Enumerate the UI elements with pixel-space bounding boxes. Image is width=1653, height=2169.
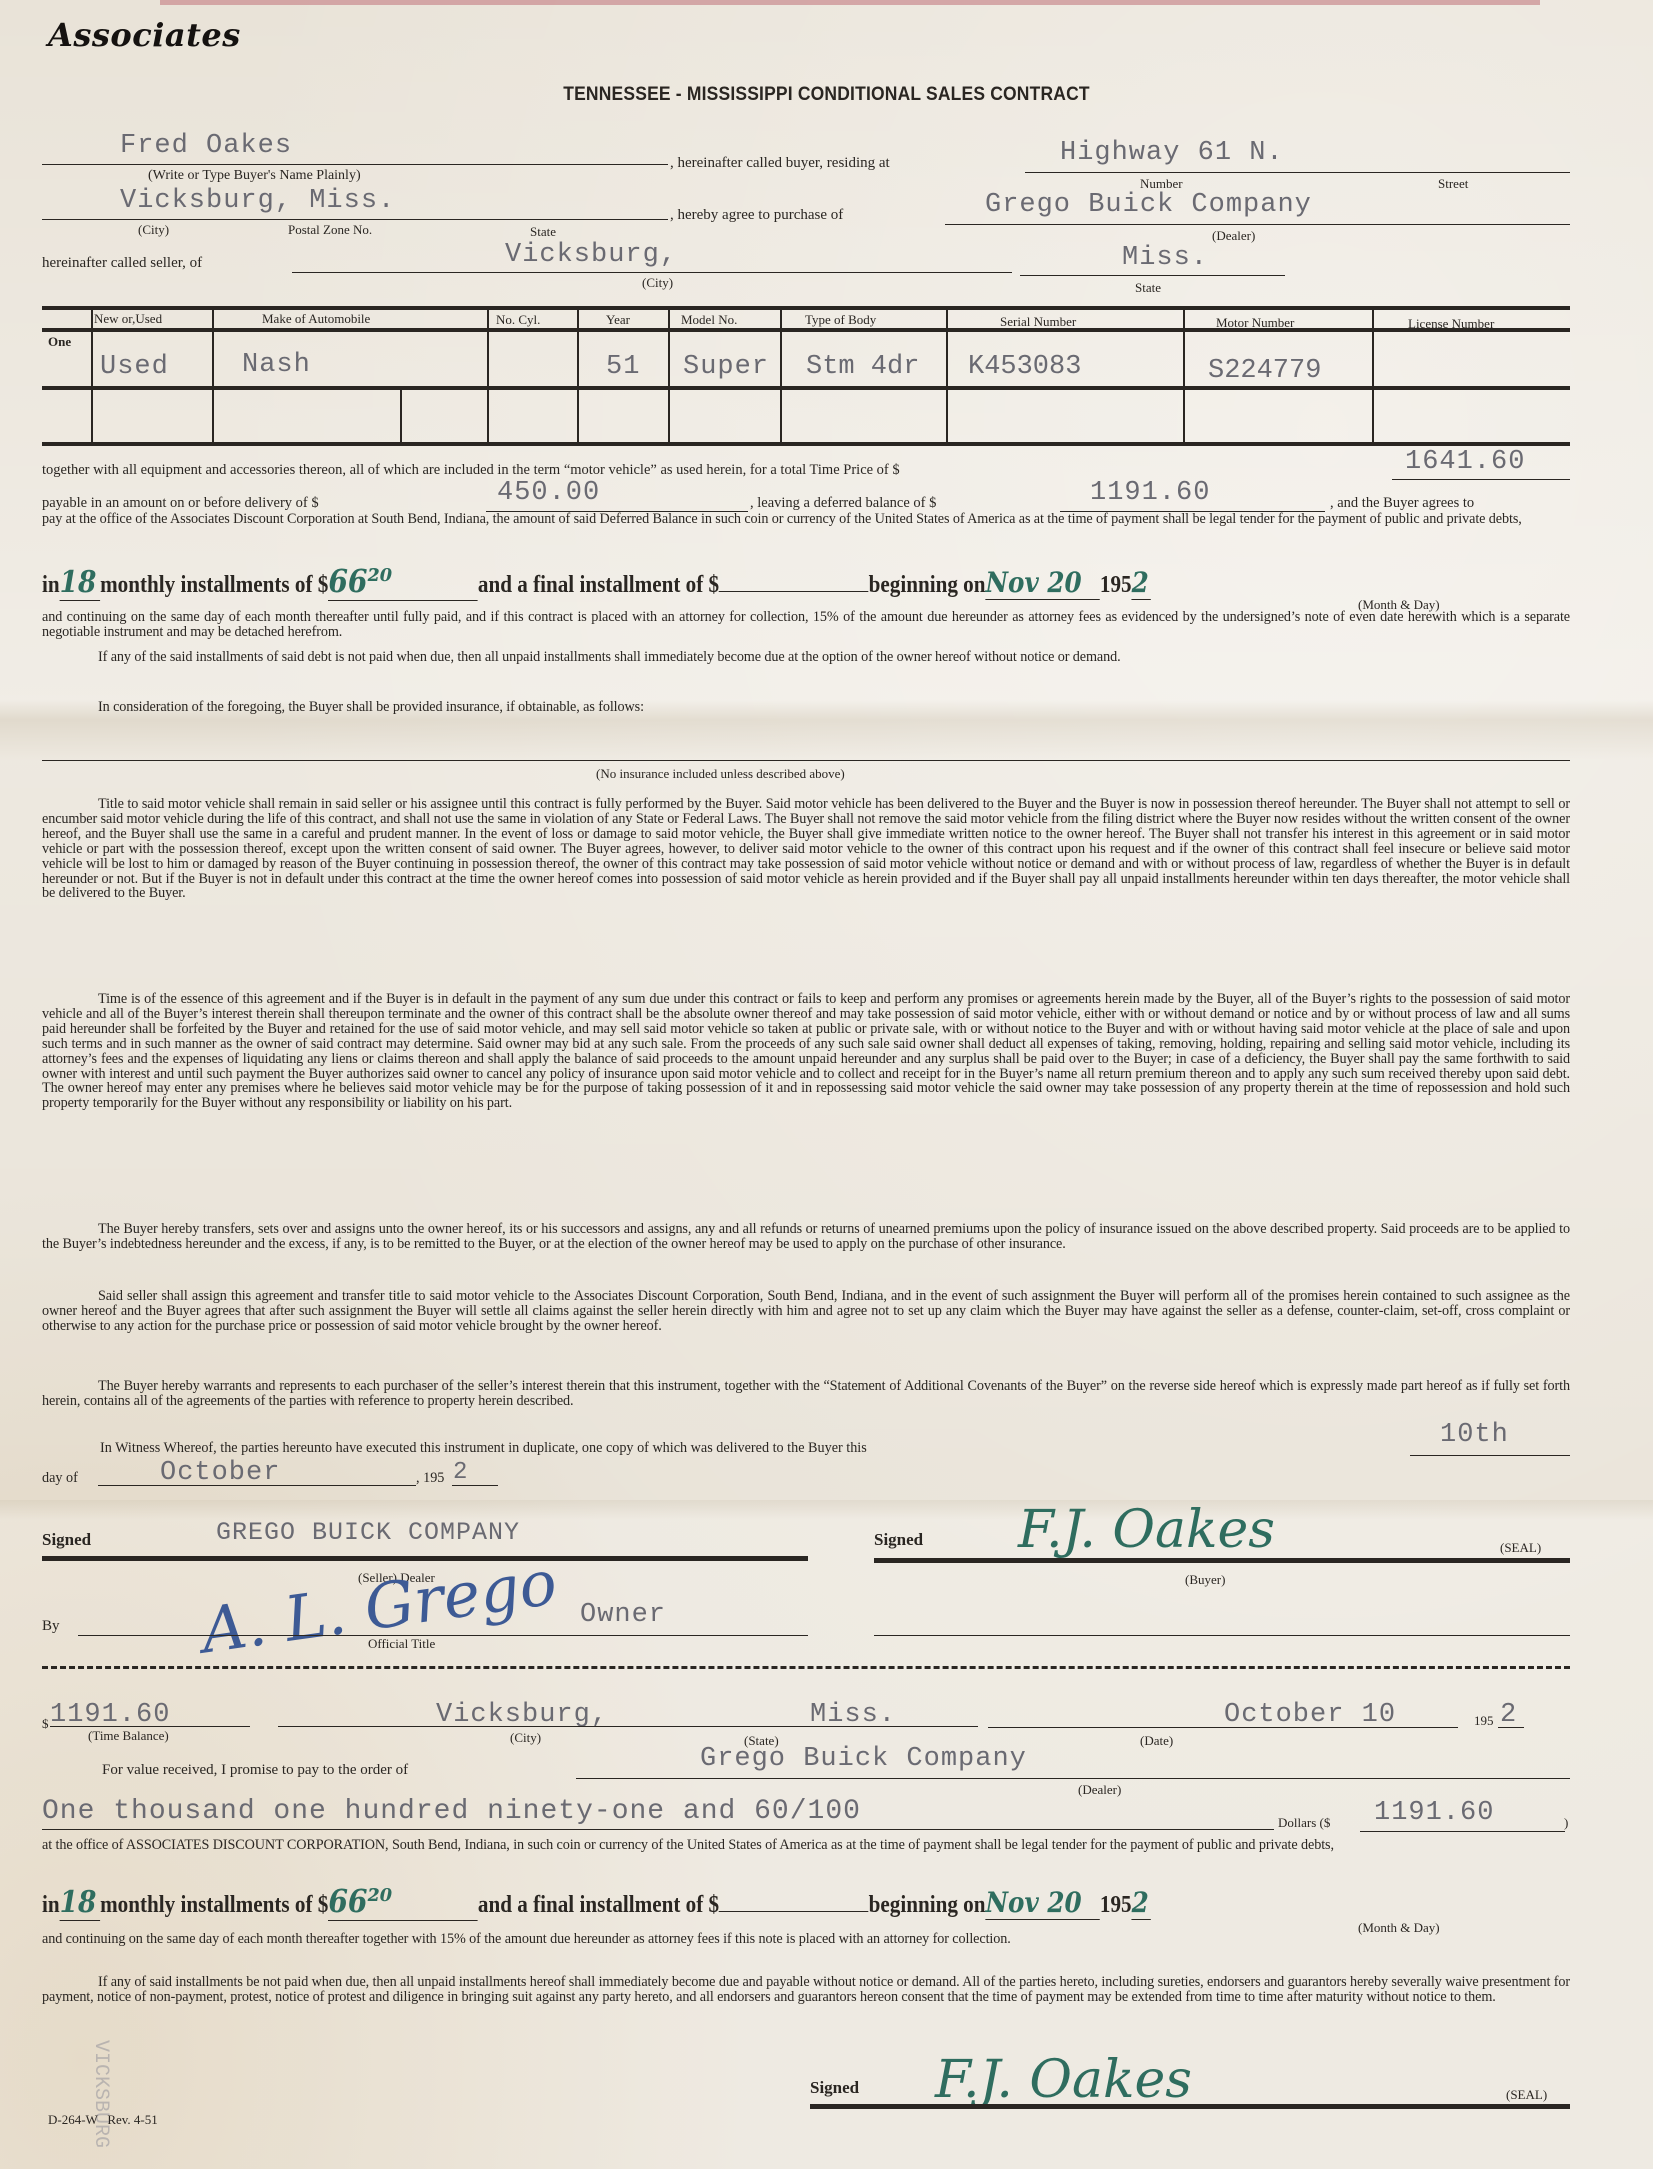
vicksburg-stamp: VICKSBURG [89,2040,112,2148]
note-office-text: at the office of ASSOCIATES DISCOUNT COR… [42,1838,1570,1853]
buyer-signature-line [874,1558,1570,1563]
time-balance-caption: (Time Balance) [88,1728,169,1744]
time-price-label: together with all equipment and accessor… [42,462,900,479]
buyer-name-caption: (Write or Type Buyer's Name Plainly) [148,168,361,184]
beginning-date-field[interactable]: Nov 20 [985,566,1099,600]
cell-new-or-used[interactable]: Used [100,352,169,382]
seller-state-underline [1020,275,1285,276]
clause-assignment: Said seller shall assign this agreement … [42,1289,1570,1334]
street-caption: Street [1438,176,1468,192]
buyer-witness-underline [874,1635,1570,1636]
witness-day-underline [1410,1455,1570,1456]
state-caption: State [530,224,556,240]
seller-signed-label: Signed [42,1530,91,1550]
note-amount-field[interactable]: 1191.60 [1374,1798,1494,1828]
col-header-new-used: New or,Used [94,311,162,327]
paper-edge-stain [160,0,1540,5]
cell-serial[interactable]: K453083 [968,352,1081,382]
official-title-caption: Official Title [368,1636,435,1652]
dealer-field[interactable]: Grego Buick Company [985,190,1312,220]
col-divider [577,310,579,442]
table-header-rule [42,328,1570,332]
seller-name-field[interactable]: GREGO BUICK COMPANY [216,1518,520,1547]
note-year-field[interactable]: 2 [1500,1700,1517,1730]
installments-count-field[interactable]: 18 [60,565,100,601]
dollar-sign: $ [42,1716,49,1732]
cell-make[interactable]: Nash [242,350,311,380]
col-header-serial: Serial Number [1000,314,1076,330]
note-installments-count-field[interactable]: 18 [60,1885,100,1921]
note-signed-label: Signed [810,2078,859,2098]
note-date-field[interactable]: October 10 [1224,1700,1396,1730]
insurance-caption: (No insurance included unless described … [596,766,845,782]
note-final-field[interactable] [719,1911,869,1912]
col-header-year: Year [606,312,630,328]
col-divider [212,310,214,442]
amount-words-field[interactable]: One thousand one hundred ninety-one and … [42,1796,861,1827]
col-header-body: Type of Body [805,312,876,328]
postal-zone-caption: Postal Zone No. [288,222,372,238]
table-top-rule [42,306,1570,310]
clause-insurance-refunds: The Buyer hereby transfers, sets over an… [42,1222,1570,1252]
buyer-name-field[interactable]: Fred Oakes [120,131,292,161]
clause-warranty: The Buyer hereby warrants and represents… [42,1379,1570,1409]
col-header-license: License Number [1408,316,1494,332]
promise-label: For value received, I promise to pay to … [102,1762,408,1779]
col-divider [668,310,670,442]
col-divider [1372,310,1374,442]
witness-year-field[interactable]: 2 [453,1459,468,1486]
witness-year-prefix: , 195 [416,1470,444,1487]
note-date-caption: (Date) [1140,1733,1173,1749]
payee-caption: (Dealer) [1078,1782,1121,1798]
col-divider [780,310,782,442]
cell-model[interactable]: Super [683,352,769,382]
buyer-city-state-field[interactable]: Vicksburg, Miss. [120,186,395,216]
note-final-label: and a final installment of $ [478,1892,719,1918]
col-header-make: Make of Automobile [262,311,370,327]
seller-city-caption: (City) [642,275,673,291]
table-row-rule [42,386,1570,390]
time-balance-underline [50,1726,250,1727]
note-year2-prefix: 195 [1100,1892,1132,1918]
time-price-underline [1392,479,1570,480]
clause-default: Time is of the essence of this agreement… [42,992,1570,1111]
continuing-text: and continuing on the same day of each m… [42,610,1570,640]
close-paren: ) [1564,1815,1568,1831]
day-of-label: day of [42,1470,78,1487]
amount-words-underline [42,1829,1274,1830]
down-payment-field[interactable]: 450.00 [497,478,600,508]
seller-state-caption: State [1135,280,1161,296]
note-handwritten-signature[interactable]: F.J. Oakes [935,2050,1192,2110]
city-caption: (City) [138,222,169,238]
buyer-seal-label: (SEAL) [1500,1540,1541,1556]
contract-title: TENNESSEE - MISSISSIPPI CONDITIONAL SALE… [66,84,1587,106]
note-year-prefix: 195 [1474,1713,1494,1729]
dealer-underline [945,224,1570,225]
note-monthly-label: monthly installments of $ [100,1892,328,1918]
year-prefix: 195 [1100,572,1132,598]
in-label: in [42,572,60,598]
down-payment-label: payable in an amount on or before delive… [42,495,319,512]
associates-logo: Associates [48,16,241,54]
note-beginning-label: beginning on [869,1892,986,1918]
col-divider [1183,310,1185,442]
table-bottom-rule [42,442,1570,446]
pay-office-text: pay at the office of the Associates Disc… [42,512,1570,527]
note-year2-field[interactable]: 2 [1132,1886,1151,1920]
note-amount-underline [1360,1831,1565,1832]
residence-field[interactable]: Highway 61 N. [1060,138,1284,168]
buyer-signed-label: Signed [874,1530,923,1550]
agree-purchase-label: , hereby agree to purchase of [670,207,843,224]
col-divider [487,310,489,442]
tear-off-line [42,1666,1570,1669]
residence-underline [1025,172,1570,173]
payee-underline [576,1778,1570,1779]
hereinafter-seller-label: hereinafter called seller, of [42,255,202,272]
payee-field[interactable]: Grego Buick Company [700,1744,1027,1774]
official-title-field[interactable]: Owner [580,1600,666,1630]
col-divider [946,310,948,442]
time-price-field[interactable]: 1641.60 [1405,447,1525,477]
note-continuing-text: and continuing on the same day of each m… [42,1932,1570,1947]
final-installment-field[interactable] [719,591,869,592]
deferred-balance-field[interactable]: 1191.60 [1090,478,1210,508]
final-installment-label: and a final installment of $ [478,572,719,598]
deferred-balance-label: , leaving a deferred balance of $ [750,495,936,512]
note-year-underline [1498,1727,1524,1728]
default-text: If any of the said installments of said … [42,650,1570,665]
seller-city-field[interactable]: Vicksburg, [505,240,677,270]
note-waiver-text: If any of said installments be not paid … [42,1975,1570,2005]
note-city-caption: (City) [510,1730,541,1746]
note-seal-label: (SEAL) [1506,2087,1547,2103]
col-divider [400,390,402,442]
seller-city-underline [292,272,1012,273]
year-suffix-field[interactable]: 2 [1132,566,1151,600]
dollars-label: Dollars ($ [1278,1815,1330,1831]
by-label: By [42,1618,60,1635]
cell-year[interactable]: 51 [606,352,640,382]
note-in-label: in [42,1892,60,1918]
buyer-name-underline [42,164,668,165]
monthly-label: monthly installments of $ [100,572,328,598]
witness-year-underline [452,1485,498,1486]
dealer-caption: (Dealer) [1212,228,1255,244]
installments-line: in18monthly installments of $66²⁰and a f… [42,562,1151,601]
note-signature-line [810,2104,1570,2109]
witness-month-field[interactable]: October [160,1458,280,1488]
witness-month-underline [98,1485,416,1486]
note-installments-line: in18monthly installments of $66²⁰and a f… [42,1882,1151,1921]
monthly-amount-field[interactable]: 66²⁰ [328,562,478,601]
by-underline [78,1635,808,1636]
buyer-city-underline [42,219,668,220]
note-city-state-underline [278,1726,978,1727]
note-monthly-amount-field[interactable]: 66²⁰ [328,1882,478,1921]
beginning-label: beginning on [869,572,986,598]
insurance-underline [42,760,1570,761]
cell-motor[interactable]: S224779 [1208,356,1321,386]
form-number: D-264-W Rev. 4-51 [48,2112,158,2128]
witness-text: In Witness Whereof, the parties hereunto… [100,1440,867,1457]
clause-title: Title to said motor vehicle shall remain… [42,797,1570,901]
hereinafter-buyer-label: , hereinafter called buyer, residing at [670,155,890,172]
seller-signature-line [42,1556,808,1561]
agrees-label: , and the Buyer agrees to [1330,495,1474,512]
row-label-one: One [48,334,71,350]
col-header-cylinders: No. Cyl. [496,312,540,328]
buyer-handwritten-signature[interactable]: F.J. Oakes [1018,1500,1275,1560]
col-header-model: Model No. [681,312,737,328]
col-divider [91,310,93,442]
col-header-motor: Motor Number [1216,315,1294,331]
cell-body[interactable]: Stm 4dr [806,352,919,382]
witness-day-field[interactable]: 10th [1440,1420,1509,1450]
seller-state-field[interactable]: Miss. [1122,243,1208,273]
insurance-text: In consideration of the foregoing, the B… [42,700,1570,715]
note-beginning-date-field[interactable]: Nov 20 [985,1886,1099,1920]
note-date-underline [988,1727,1458,1728]
buyer-caption: (Buyer) [1185,1572,1225,1588]
